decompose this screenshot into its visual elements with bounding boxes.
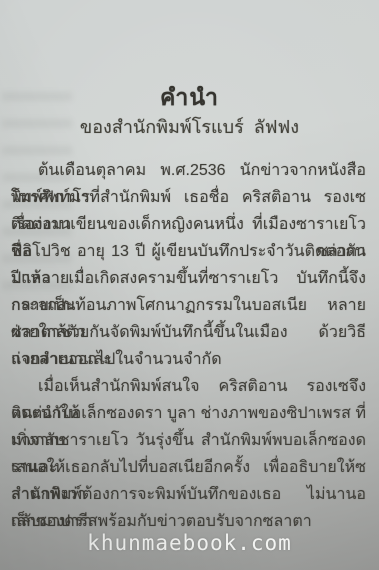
paragraph: ต้นเดือนตุลาคม พ.ศ.2536 นักข่าวจากหนังสื…	[11, 157, 366, 373]
text-line: ต้นเดือนตุลาคม พ.ศ.2536 นักข่าวจากหนังสื…	[11, 157, 366, 184]
text-line: เรื่องงานเขียนของเด็กหญิงคนหนึ่ง ที่เมือ…	[11, 211, 366, 238]
text-line: มาจากซาราเยโว วันรุ่งขึ้น สำนักพิมพ์พบอเ…	[11, 427, 366, 454]
text-line: แจกจ่ายออกไปในจำนวนจำกัด	[11, 346, 366, 373]
text-line: สำนักพิมพ์ต้องการจะพิมพ์บันทึกของเธอ ไม่…	[11, 481, 366, 508]
text-line: เมื่อเห็นสำนักพิมพ์สนใจ คริสติอาน รองเซจ…	[11, 373, 366, 400]
text-line: ปีแล้ว เมื่อเกิดสงครามขึ้นที่ซาราเยโว บั…	[11, 265, 366, 292]
text-line: โทรศัพท์มาที่สำนักพิมพ์ เธอชื่อ คริสติอา…	[11, 184, 366, 211]
text-line: ซลาตาช่วยกันจัดพิมพ์บันทึกนี้ขึ้นในเมือง…	[11, 319, 366, 346]
text-line: ฟิลิโปวิช อายุ 13 ปี ผู้เขียนบันทึกประจำ…	[11, 238, 366, 265]
text-line: เสนอให้เธอกลับไปที่บอสเนียอีกครั้ง เพื่อ…	[11, 454, 366, 481]
paragraph: เมื่อเห็นสำนักพิมพ์สนใจ คริสติอาน รองเซจ…	[11, 373, 366, 535]
preface-body: ต้นเดือนตุลาคม พ.ศ.2536 นักข่าวจากหนังสื…	[11, 157, 366, 535]
book-page-photo: คำนำ ของสำนักพิมพ์โรแบร์ ลัฟฟง ต้นเดือนต…	[0, 0, 379, 570]
text-line: ติดต่อกับอเล็กซองดรา บูลา ช่างภาพของซิปา…	[11, 400, 366, 427]
watermark-url: khunmaebook.com	[0, 531, 379, 555]
text-line: กระจกสะท้อนภาพโศกนาฏกรรมในบอสเนีย หลายฝ่…	[11, 292, 366, 319]
page-title: คำนำ	[0, 80, 379, 116]
page-subtitle: ของสำนักพิมพ์โรแบร์ ลัฟฟง	[0, 112, 379, 141]
